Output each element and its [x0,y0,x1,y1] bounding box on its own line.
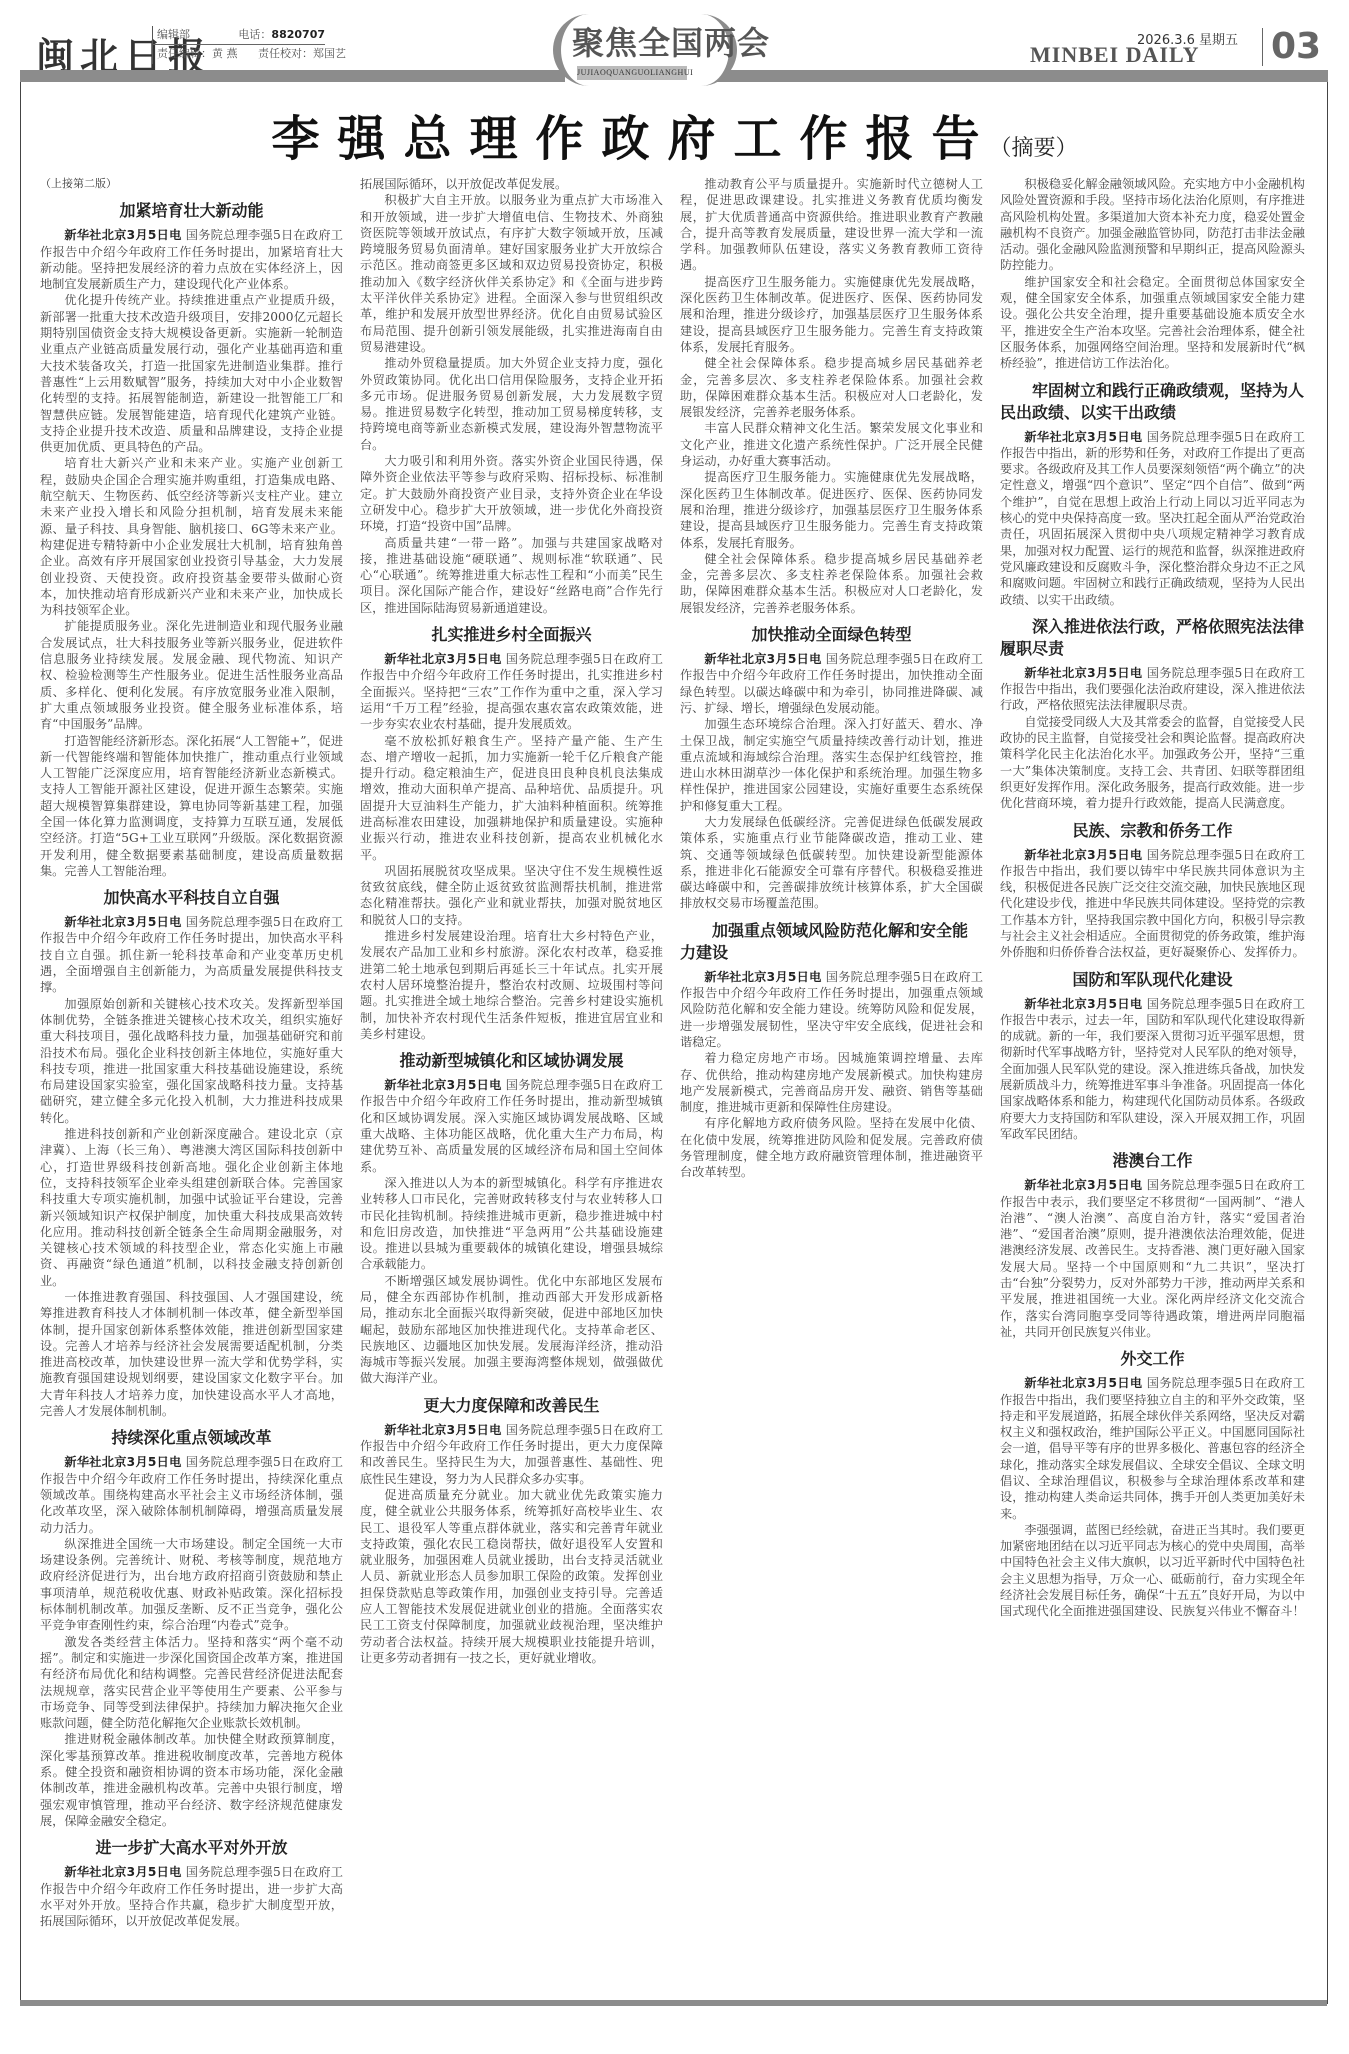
paragraph: 新华社北京3月5日电 国务院总理李强5日在政府工作报告中介绍今年政府工作任务时提… [40,914,343,995]
paragraph: 提高医疗卫生服务能力。实施健康优先发展战略，深化医药卫生体制改革。促进医疗、医保… [680,469,983,550]
dateline: 新华社北京3月5日电 [1024,1178,1142,1192]
paragraph: 不断增强区域发展协调性。优化中东部地区发展布局，健全东西部协作机制，推动西部大开… [360,1273,663,1387]
paragraph: 健全社会保障体系。稳步提高城乡居民基础养老金，完善多层次、多支柱养老保险体系。加… [680,355,983,420]
paragraph: 巩固拓展脱贫攻坚成果。坚决守住不发生规模性返贫致贫底线，健全防止返贫致贫监测帮扶… [360,863,663,928]
section-heading: 加紧培育壮大新动能 [40,200,343,222]
section-heading: 港澳台工作 [1000,1150,1305,1172]
dateline: 新华社北京3月5日电 [1024,848,1142,862]
paragraph: 优化提升传统产业。持续推进重点产业提质升级，新部署一批重大技术改造升级项目，安排… [40,292,343,455]
dateline: 新华社北京3月5日电 [384,1423,501,1437]
dateline: 新华社北京3月5日电 [64,228,181,242]
paragraph: 新华社北京3月5日电 国务院总理李强5日在政府工作报告中介绍今年政府工作任务时提… [680,969,983,1050]
headline-main: 李强总理作政府工作报告 [271,111,997,167]
section-heading: 深入推进依法行政，严格依照宪法法律履职尽责 [1000,616,1305,660]
paragraph: 促进高质量充分就业。加大就业优先政策实施力度，健全就业公共服务体系，统筹抓好高校… [360,1487,663,1666]
paragraph: 新华社北京3月5日电 国务院总理李强5日在政府工作报告中表示，我们要坚定不移贯彻… [1000,1177,1305,1340]
paragraph: 拓展国际循环，以开放促改革促发展。 [360,176,663,192]
page-headline: 李强总理作政府工作报告（摘要） [0,100,1349,169]
paragraph: 着力稳定房地产市场。因城施策调控增量、去库存、优供给，推动构建房地产发展新模式。… [680,1050,983,1115]
dateline: 新华社北京3月5日电 [704,652,821,666]
paragraph: 纵深推进全国统一大市场建设。制定全国统一大市场建设条例。完善统计、财税、考核等制… [40,1536,343,1634]
paragraph: 加强原始创新和关键核心技术攻关。发挥新型举国体制优势，全链条推进关键核心技术攻关… [40,996,343,1126]
paragraph: 新华社北京3月5日电 国务院总理李强5日在政府工作报告中指出，新的形势和任务，对… [1000,429,1305,608]
paragraph: 新华社北京3月5日电 国务院总理李强5日在政府工作报告中介绍今年政府工作任务时提… [360,1077,663,1175]
paragraph: 维护国家安全和社会稳定。全面贯彻总体国家安全观，健全国家安全体系，加强重点领域国… [1000,274,1305,372]
section-heading: 扎实推进乡村全面振兴 [360,624,663,646]
paragraph: 自觉接受同级人大及其常委会的监督，自觉接受人民政协的民主监督，自觉接受社会和舆论… [1000,714,1305,812]
paragraph: 新华社北京3月5日电 国务院总理李强5日在政府工作报告中指出，我们要坚持独立自主… [1000,1375,1305,1522]
section-title: 聚焦全国两会 [572,18,770,64]
paragraph: 推动教育公平与质量提升。实施新时代立德树人工程，促进思政课建设。扎实推进义务教育… [680,176,983,274]
paragraph: 推进财税金融体制改革。加快健全财政预算制度，深化零基预算改革。推进税收制度改革，… [40,1731,343,1829]
paragraph: 推进科技创新和产业创新深度融合。建设北京（京津冀）、上海（长三角）、粤港澳大湾区… [40,1126,343,1289]
section-heading: 更大力度保障和改善民生 [360,1395,663,1417]
column-1: （上接第二版） 加紧培育壮大新动能 新华社北京3月5日电 国务院总理李强5日在政… [40,176,343,1998]
column-3: 推动教育公平与质量提升。实施新时代立德树人工程，促进思政课建设。扎实推进义务教育… [680,176,983,1998]
paragraph: 毫不放松抓好粮食生产。坚持产量产能、生产生态、增产增收一起抓，加力实施新一轮千亿… [360,733,663,863]
section-heading: 国防和军队现代化建设 [1000,969,1305,991]
editorial-dept: 编辑部 [157,26,190,44]
dateline: 新华社北京3月5日电 [64,1865,181,1879]
section-heading: 加快高水平科技自立自强 [40,887,343,909]
paragraph: 李强强调，蓝图已经绘就，奋进正当其时。我们要更加紧密地团结在以习近平同志为核心的… [1000,1522,1305,1620]
dateline: 新华社北京3月5日电 [1024,997,1142,1011]
paragraph: 培育壮大新兴产业和未来产业。实施产业创新工程，鼓励央企国企合理实施并购重组，打造… [40,455,343,618]
headline-sub: （摘要） [990,136,1078,161]
phone-info: 电话：8820707 [238,26,325,44]
paragraph: 打造智能经济新形态。深化拓展“人工智能+”，促进新一代智能终端和智能体加快推广，… [40,733,343,880]
paragraph: 推动外贸稳量提质。加大外贸企业支持力度，强化外贸政策协同。优化出口信用保险服务，… [360,355,663,453]
paragraph: 高质量共建“一带一路”。加强与共建国家战略对接，推进基础设施“硬联通”、规则标准… [360,535,663,616]
header-divider-right [715,70,1328,82]
dateline: 新华社北京3月5日电 [704,970,821,984]
paragraph: 健全社会保障体系。稳步提高城乡居民基础养老金，完善多层次、多支柱养老保险体系。加… [680,551,983,616]
paper-name-en: MINBEI DAILY [1030,42,1200,68]
dateline: 新华社北京3月5日电 [64,1455,181,1469]
section-heading: 加强重点领域风险防范化解和安全能力建设 [680,920,983,964]
paragraph: 新华社北京3月5日电 国务院总理李强5日在政府工作报告中指出，我们要强化法治政府… [1000,665,1305,714]
paragraph: 新华社北京3月5日电 国务院总理李强5日在政府工作报告中介绍今年政府工作任务时提… [40,1864,343,1929]
paragraph: 新华社北京3月5日电 国务院总理李强5日在政府工作报告中介绍今年政府工作任务时提… [40,227,343,292]
section-heading: 持续深化重点领域改革 [40,1427,343,1449]
dateline: 新华社北京3月5日电 [1024,1376,1142,1390]
paragraph: 推进乡村发展建设治理。培育壮大乡村特色产业，发展农产品加工业和乡村旅游。深化农村… [360,928,663,1042]
paragraph: 大力吸引和利用外资。落实外资企业国民待遇，保障外资企业依法平等参与政府采购、招标… [360,453,663,534]
dateline: 新华社北京3月5日电 [384,652,501,666]
paragraph: 加强生态环境综合治理。深入打好蓝天、碧水、净土保卫战，制定实施空气质量持续改善行… [680,716,983,814]
section-heading: 牢固树立和践行正确政绩观，坚持为人民出政绩、以实干出政绩 [1000,380,1305,424]
proofreader: 责任校对：郑国艺 [258,45,346,61]
section-heading: 推动新型城镇化和区域协调发展 [360,1050,663,1072]
footer-bar [20,2000,1327,2006]
paragraph: 一体推进教育强国、科技强国、人才强国建设，统筹推进教育科技人才体制机制一体改革，… [40,1289,343,1419]
paragraph: 大力发展绿色低碳经济。完善促进绿色低碳发展政策体系，实施重点行业节能降碳改造，推… [680,814,983,912]
paragraph: 扩能提质服务业。深化先进制造业和现代服务业融合发展试点，壮大科技服务业等新兴服务… [40,618,343,732]
dateline: 新华社北京3月5日电 [1024,666,1142,680]
continued-from: （上接第二版） [40,176,343,192]
masthead: 闽北日报 编辑部 电话：8820707 责任编辑：黄 燕 责任校对：郑国艺 聚焦… [0,0,1349,80]
paragraph: 积极稳妥化解金融领域风险。充实地方中小金融机构风险处置资源和手段。坚持市场化法治… [1000,176,1305,274]
paragraph: 新华社北京3月5日电 国务院总理李强5日在政府工作报告中表示，过去一年，国防和军… [1000,996,1305,1143]
paragraph: 新华社北京3月5日电 国务院总理李强5日在政府工作报告中介绍今年政府工作任务时提… [360,1422,663,1487]
paragraph: 深入推进以人为本的新型城镇化。科学有序推进农业转移人口市民化，完善财政转移支付与… [360,1175,663,1273]
dateline: 新华社北京3月5日电 [384,1078,501,1092]
phone-number: 8820707 [271,28,325,41]
paragraph: 激发各类经营主体活力。坚持和落实“两个毫不动摇”。制定和实施进一步深化国资国企改… [40,1634,343,1732]
paragraph: 有序化解地方政府债务风险。坚持在发展中化债、在化债中发展，统筹推进防风险和促发展… [680,1115,983,1180]
header-divider-left [20,70,565,82]
page-number: 03 [1262,28,1321,66]
column-2: 拓展国际循环，以开放促改革促发展。 积极扩大自主开放。以服务业为重点扩大市场准入… [360,176,663,1998]
paragraph: 新华社北京3月5日电 国务院总理李强5日在政府工作报告中介绍今年政府工作任务时提… [680,651,983,716]
paragraph: 提高医疗卫生服务能力。实施健康优先发展战略，深化医药卫生体制改革。促进医疗、医保… [680,274,983,355]
dateline: 新华社北京3月5日电 [1024,430,1142,444]
paragraph: 积极扩大自主开放。以服务业为重点扩大市场准入和开放领域，进一步扩大增值电信、生物… [360,192,663,355]
section-pinyin: JUJIAOQUANGUOLIANGHUI [577,66,687,80]
section-heading: 进一步扩大高水平对外开放 [40,1837,343,1859]
dateline: 新华社北京3月5日电 [64,915,181,929]
paragraph: 新华社北京3月5日电 国务院总理李强5日在政府工作报告中介绍今年政府工作任务时提… [360,651,663,732]
paragraph: 新华社北京3月5日电 国务院总理李强5日在政府工作报告中指出，我们要以铸牢中华民… [1000,847,1305,961]
section-heading: 加快推动全面绿色转型 [680,624,983,646]
responsible-editor: 责任编辑：黄 燕 [157,45,238,63]
section-heading: 民族、宗教和侨务工作 [1000,820,1305,842]
section-heading: 外交工作 [1000,1348,1305,1370]
paragraph: 新华社北京3月5日电 国务院总理李强5日在政府工作报告中介绍今年政府工作任务时提… [40,1454,343,1535]
paragraph: 丰富人民群众精神文化生活。繁荣发展文化事业和文化产业，推进文化遗产系统性保护。广… [680,420,983,469]
column-4: 积极稳妥化解金融领域风险。充实地方中小金融机构风险处置资源和手段。坚持市场化法治… [1000,176,1305,1998]
